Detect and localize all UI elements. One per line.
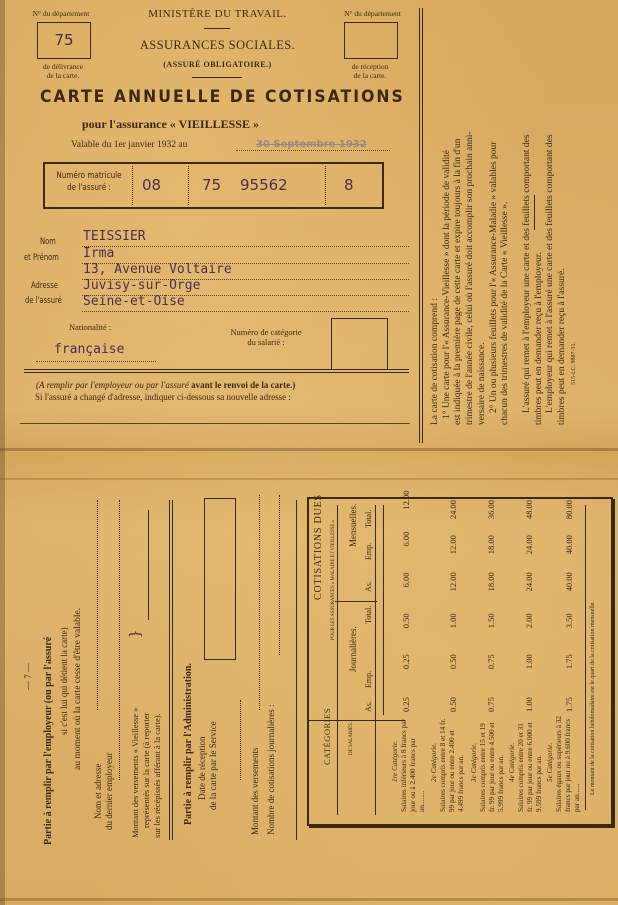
ministry-heading: MINISTÈRE DU TRAVAIL. — [110, 8, 325, 20]
amount-label: Montant des versements — [250, 748, 260, 835]
table-row-2-desc: 2e Catégorie. Salaires compris entre 8 e… — [430, 716, 466, 812]
table-row-4-values: 1.001.002.0024.0024.0048.00 — [524, 500, 534, 712]
divider — [335, 601, 377, 602]
matricule-key[interactable]: 8 — [344, 176, 354, 194]
group-monthly: Mensuelles. — [348, 504, 358, 547]
paper-edge — [0, 0, 5, 905]
nationality-label: Nationalité : — [69, 322, 111, 332]
matricule-part-2[interactable]: 75 — [202, 176, 221, 194]
employer-section-title: Partie à remplir par l'employeur (ou par… — [42, 637, 55, 845]
divider — [325, 166, 326, 205]
payments-line[interactable] — [148, 510, 149, 620]
panel-divider — [419, 8, 420, 443]
col-categories-header: CATÉGORIES — [322, 708, 332, 765]
reception-date-line[interactable] — [240, 700, 241, 780]
validity-line — [236, 150, 390, 151]
fold-crease — [0, 898, 618, 901]
address-line-3[interactable]: Seine-et-Oise — [83, 294, 185, 309]
adresse-label: Adresse — [31, 281, 58, 291]
col-dues-sub: POUR LES ASSURANCES « MALADIE ET VIEILLE… — [331, 520, 336, 640]
fold-crease — [0, 448, 618, 451]
col-dues-header: COTISATIONS DUES — [313, 494, 324, 600]
table-row-5-values: 1.751.753.5040.0040.0080.00 — [564, 500, 574, 712]
divider — [204, 28, 230, 29]
divider — [169, 500, 170, 840]
address-line-2[interactable]: Juvisy-sur-Orge — [83, 278, 200, 293]
table-row-3-values: 0.750.751.5018.0018.0036.00 — [486, 500, 496, 712]
divider — [132, 166, 133, 205]
dept-reception-box[interactable] — [344, 22, 398, 59]
matricule-label: Numéro matricule de l'assuré : — [53, 170, 124, 194]
category-box[interactable] — [331, 318, 388, 369]
amount-line[interactable] — [259, 495, 260, 710]
dept-delivery-caption: de délivrance de la carte. — [25, 62, 101, 80]
employer-section-sub2: au moment où la carte cesse d'être valab… — [72, 608, 84, 770]
matricule-part-3[interactable]: 95562 — [240, 176, 288, 194]
col-categories-sub: DE SALARIÉS. — [349, 722, 354, 755]
table-row-5-desc: 5e Catégorie. Salaires égaux ou supérieu… — [546, 716, 582, 812]
prenom-label: et Prénom — [24, 253, 59, 263]
org-heading: ASSURANCES SOCIALES. — [110, 38, 325, 53]
cotisation-info-panel: La carte de cotisation comprend : 1° Une… — [430, 7, 580, 425]
last-employer-label: Nom et adresse du dernier employeur — [93, 753, 115, 830]
divider — [383, 505, 384, 610]
group-daily: Journalières. — [348, 626, 358, 672]
nom-label: Nom — [40, 237, 56, 247]
validity-end-stamp[interactable]: 30 Septembre 1932 — [256, 139, 367, 150]
change-address-label: Si l'assuré a changé d'adresse, indiquer… — [35, 392, 291, 402]
employer-section-sub1: si c'est lui qui détient la carte) — [58, 627, 70, 735]
fold-crease — [0, 478, 618, 480]
field-line — [82, 246, 409, 247]
sub-header-emp-daily: Emp. — [364, 671, 373, 688]
dept-delivery-box[interactable]: 75 — [37, 22, 91, 59]
adresse-label-2: de l'assuré — [25, 296, 62, 306]
table-row-2-values: 0.500.501.0012.0012.0024.00 — [448, 500, 458, 712]
field-line — [82, 311, 409, 312]
new-address-line[interactable] — [20, 423, 410, 424]
nom-value[interactable]: TEISSIER — [83, 229, 146, 244]
page-number: — 7 — — [23, 663, 33, 690]
matricule-box: Numéro matricule de l'assuré : 08 75 955… — [43, 162, 384, 209]
divider — [375, 505, 376, 815]
last-employer-line-1[interactable] — [97, 500, 98, 710]
divider — [383, 610, 384, 715]
table-row-1-desc: 1re Catégorie. Salaires inférieurs à 8 f… — [391, 712, 427, 812]
divider — [188, 166, 189, 205]
reception-date-label: Date de réception de la carte par le Ser… — [197, 721, 219, 810]
nationality-value[interactable]: française — [54, 342, 124, 357]
table-row-1-values: 0.250.250.506.006.0012.00 — [401, 491, 411, 713]
fill-instruction: (A remplir par l'employeur ou par l'assu… — [36, 380, 295, 390]
table-row-4-desc: 4e Catégorie. Salaires compris entre 20 … — [508, 716, 544, 812]
reception-date-box[interactable] — [204, 498, 236, 660]
sub-header-as-monthly: As. — [364, 581, 373, 592]
prenom-value[interactable]: Irma — [83, 246, 114, 261]
divider — [585, 505, 586, 810]
dept-reception-caption: de réception de la carte. — [332, 62, 408, 80]
address-line-1[interactable]: 13, Avenue Voltaire — [83, 262, 232, 277]
dept-delivery-value: 75 — [38, 23, 90, 58]
insurance-line: pour l'assurance « VIEILLESSE » — [82, 117, 259, 132]
table-row-3-desc: 3e Catégorie. Salaires compris entre 15 … — [470, 716, 506, 812]
divider — [296, 500, 297, 840]
dept-reception-label: N° du département — [330, 9, 415, 19]
sub-header-total-monthly: Total. — [364, 510, 373, 528]
admin-section-title: Partie à remplir par l'Administration. — [183, 663, 194, 825]
divider — [192, 77, 242, 78]
field-line — [36, 361, 156, 362]
divider — [24, 372, 409, 373]
payments-label: Montant des versements « Vieillesse » re… — [130, 708, 163, 838]
card-title: CARTE ANNUELLE DE COTISATIONS — [40, 87, 405, 107]
matricule-part-1[interactable]: 08 — [142, 176, 161, 194]
brace-icon: { — [127, 630, 143, 639]
divider — [24, 369, 409, 370]
panel-divider — [422, 8, 423, 443]
last-employer-line-2[interactable] — [119, 500, 120, 780]
divider — [337, 505, 338, 815]
sub-header-as-daily: As. — [364, 701, 373, 712]
subtitle: (ASSURÉ OBLIGATOIRE.) — [110, 60, 325, 69]
dept-delivery-label: N° du département — [20, 9, 102, 19]
category-label: Numéro de catégorie du salarié : — [212, 327, 320, 347]
count-label: Nombre de cotisations journalières : — [266, 705, 276, 835]
count-line[interactable] — [279, 495, 280, 655]
sub-header-emp-monthly: Emp. — [364, 543, 373, 560]
validity-label: Valable du 1er janvier 1932 au — [71, 140, 187, 150]
sub-header-total-daily: Total. — [364, 606, 373, 624]
table-footnote: Le montant de la cotisation hebdomadaire… — [590, 601, 596, 795]
divider — [172, 500, 173, 840]
